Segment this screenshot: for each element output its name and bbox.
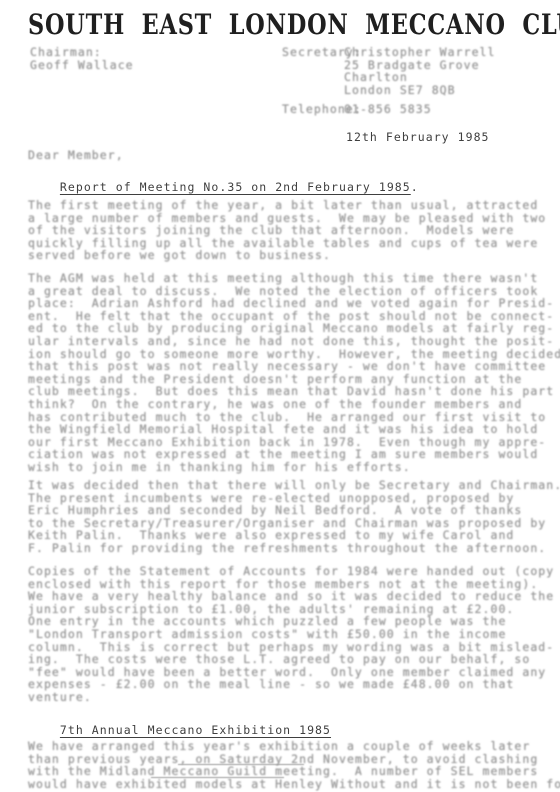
- salutation: Dear Member,: [28, 149, 124, 162]
- underline-mark: [151, 777, 284, 778]
- underline-mark: [178, 764, 304, 765]
- club-name-title: SOUTH EAST LONDON MECCANO CLUB: [28, 10, 560, 40]
- letter-date: 12th February 1985: [346, 131, 490, 144]
- report-heading-text: Report of Meeting No.35 on 2nd February …: [60, 180, 411, 194]
- exhibition-heading-text: 7th Annual Meccano Exhibition 1985: [60, 723, 331, 737]
- paragraph-4: Copies of the Statement of Accounts for …: [28, 565, 554, 704]
- secretary-address: Christopher Warrell 25 Bradgate Grove Ch…: [344, 46, 496, 96]
- telephone-number: 01-856 5835: [344, 103, 432, 116]
- paragraph-3: It was decided then that there will only…: [28, 479, 560, 555]
- paragraph-5: We have arranged this year's exhibition …: [28, 740, 560, 790]
- chairman-block: Chairman: Geoff Wallace: [30, 46, 134, 71]
- letter-page: SOUTH EAST LONDON MECCANO CLUB Chairman:…: [0, 0, 560, 792]
- paragraph-1: The first meeting of the year, a bit lat…: [28, 199, 546, 262]
- report-heading-period: .: [411, 180, 419, 194]
- paragraph-2: The AGM was held at this meeting althoug…: [28, 272, 560, 474]
